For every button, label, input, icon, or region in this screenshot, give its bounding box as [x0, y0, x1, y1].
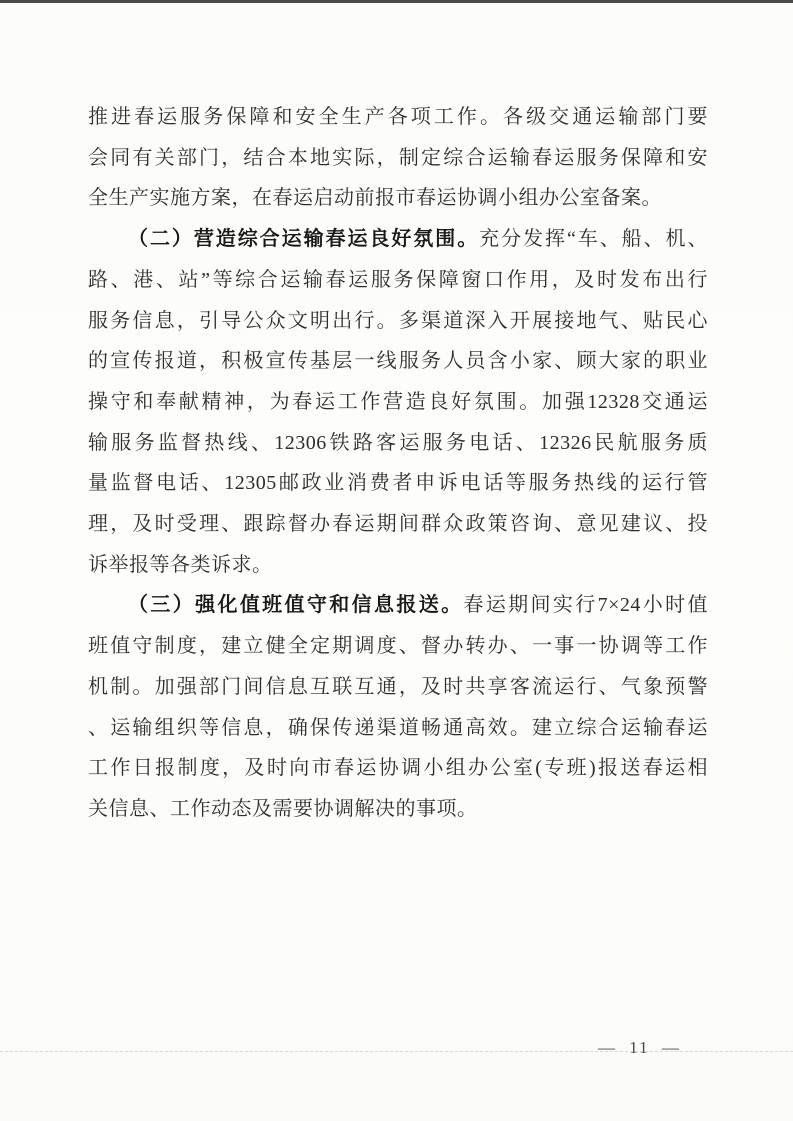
text-line: 诉举报等各类诉求。 [88, 545, 708, 586]
text-line: 推进春运服务保障和安全生产各项工作。各级交通运输部门要 [88, 97, 708, 138]
text-line: （二）营造综合运输春运良好氛围。充分发挥“车、船、机、 [88, 219, 708, 260]
body-text-segment: 诉举报等各类诉求。 [88, 554, 273, 576]
text-line: 的宣传报道，积极宣传基层一线服务人员含小家、顾大家的职业 [88, 341, 708, 382]
scan-edge-artifact [0, 0, 793, 3]
text-line: 全生产实施方案，在春运启动前报市春运协调小组办公室备案。 [88, 178, 708, 219]
text-line: 理，及时受理、跟踪督办春运期间群众政策咨询、意见建议、投 [88, 504, 708, 545]
text-line: 工作日报制度，及时向市春运协调小组办公室(专班)报送春运相 [88, 748, 708, 789]
body-text-segment: 全生产实施方案，在春运启动前报市春运协调小组办公室备案。 [88, 187, 662, 209]
text-line: 服务信息，引导公众文明出行。多渠道深入开展接地气、贴民心 [88, 301, 708, 342]
body-text-segment: 的宣传报道，积极宣传基层一线服务人员含小家、顾大家的职业 [88, 350, 708, 372]
body-text-segment: 、运输组织等信息，确保传递渠道畅通高效。建立综合运输春运 [88, 717, 708, 739]
body-text-segment: 关信息、工作动态及需要协调解决的事项。 [88, 798, 478, 820]
page-number: — 11 — [598, 1038, 681, 1058]
section-heading: （二）营造综合运输春运良好氛围。 [128, 228, 479, 250]
text-line: 路、港、站”等综合运输春运服务保障窗口作用，及时发布出行 [88, 260, 708, 301]
body-text-segment: 充分发挥“车、船、机、 [479, 228, 708, 250]
text-line: 关信息、工作动态及需要协调解决的事项。 [88, 789, 708, 830]
body-text-segment: 服务信息，引导公众文明出行。多渠道深入开展接地气、贴民心 [88, 310, 708, 332]
body-text-segment: 工作日报制度，及时向市春运协调小组办公室(专班)报送春运相 [88, 757, 708, 779]
text-line: 量监督电话、12305邮政业消费者申诉电话等服务热线的运行管 [88, 463, 708, 504]
text-line: 班值守制度，建立健全定期调度、督办转办、一事一协调等工作 [88, 626, 708, 667]
scanned-document-page: 推进春运服务保障和安全生产各项工作。各级交通运输部门要会同有关部门，结合本地实际… [0, 0, 793, 1121]
section-heading: （三）强化值班值守和信息报送。 [128, 594, 463, 616]
body-text-segment: 输服务监督热线、12306铁路客运服务电话、12326民航服务质 [88, 432, 708, 454]
body-text-segment: 路、港、站”等综合运输春运服务保障窗口作用，及时发布出行 [88, 269, 708, 291]
document-body-text: 推进春运服务保障和安全生产各项工作。各级交通运输部门要会同有关部门，结合本地实际… [88, 97, 708, 830]
body-text-segment: 班值守制度，建立健全定期调度、督办转办、一事一协调等工作 [88, 635, 708, 657]
text-line: 输服务监督热线、12306铁路客运服务电话、12326民航服务质 [88, 423, 708, 464]
text-line: 会同有关部门，结合本地实际，制定综合运输春运服务保障和安 [88, 138, 708, 179]
body-text-segment: 春运期间实行7×24小时值 [463, 594, 708, 616]
text-line: 、运输组织等信息，确保传递渠道畅通高效。建立综合运输春运 [88, 708, 708, 749]
body-text-segment: 机制。加强部门间信息互联互通，及时共享客流运行、气象预警 [88, 676, 708, 698]
text-line: 操守和奉献精神，为春运工作营造良好氛围。加强12328交通运 [88, 382, 708, 423]
body-text-segment: 理，及时受理、跟踪督办春运期间群众政策咨询、意见建议、投 [88, 513, 708, 535]
text-line: 机制。加强部门间信息互联互通，及时共享客流运行、气象预警 [88, 667, 708, 708]
body-text-segment: 推进春运服务保障和安全生产各项工作。各级交通运输部门要 [88, 106, 708, 128]
body-text-segment: 量监督电话、12305邮政业消费者申诉电话等服务热线的运行管 [88, 472, 708, 494]
body-text-segment: 会同有关部门，结合本地实际，制定综合运输春运服务保障和安 [88, 147, 708, 169]
body-text-segment: 操守和奉献精神，为春运工作营造良好氛围。加强12328交通运 [88, 391, 708, 413]
text-line: （三）强化值班值守和信息报送。春运期间实行7×24小时值 [88, 585, 708, 626]
